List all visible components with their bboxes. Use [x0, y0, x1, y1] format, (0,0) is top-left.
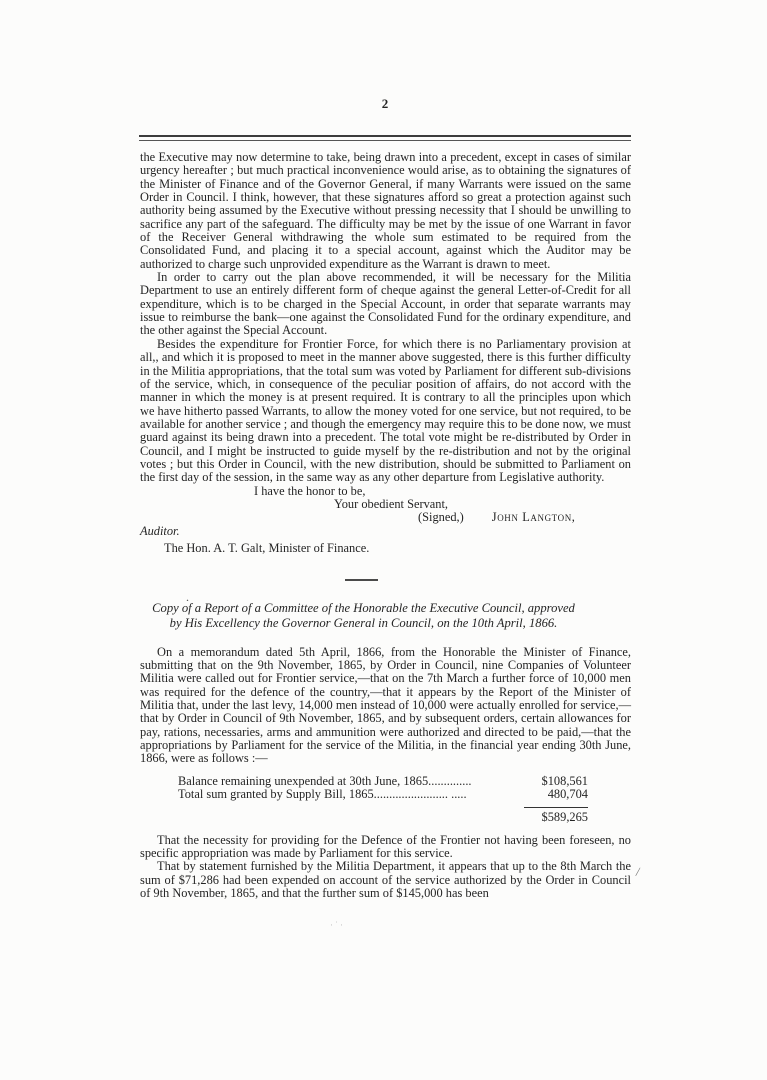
signed-label: (Signed,)	[418, 511, 464, 524]
account-amount: 480,704	[540, 788, 588, 801]
paragraph: In order to carry out the plan above rec…	[140, 271, 631, 338]
accounts-total: $589,265	[178, 811, 588, 824]
accounts-rows: Balance remaining unexpended at 30th Jun…	[178, 775, 588, 802]
section-divider-rule	[345, 579, 378, 581]
paragraph: On a memorandum dated 5th April, 1866, f…	[140, 646, 631, 766]
account-label: Balance remaining unexpended at 30th Jun…	[178, 775, 472, 788]
signature-row: (Signed,) John Langton,	[418, 511, 631, 524]
addressee-line: The Hon. A. T. Galt, Minister of Finance…	[164, 542, 631, 555]
signed-title: Auditor.	[140, 525, 631, 538]
paragraph: Besides the expenditure for Frontier For…	[140, 338, 631, 485]
report-heading: Copy of a Report of a Committee of the H…	[140, 601, 631, 630]
page-number: 2	[140, 96, 631, 112]
letter-closing: I have the honor to be, Your obedient Se…	[140, 485, 631, 556]
report-body-continued: That the necessity for providing for the…	[140, 834, 631, 901]
scan-artifact-pen-tick: /	[635, 864, 641, 880]
report-heading-line1: Copy of a Report of a Committee of the H…	[140, 601, 587, 616]
report-heading-line2: by His Excellency the Governor General i…	[140, 616, 587, 631]
letter-body: the Executive may now determine to take,…	[140, 151, 631, 485]
scanned-document-page: 2 the Executive may now determine to tak…	[0, 0, 767, 1080]
paragraph: That the necessity for providing for the…	[140, 834, 631, 861]
account-label: Total sum granted by Supply Bill, 1865..…	[178, 788, 467, 801]
paragraph: the Executive may now determine to take,…	[140, 151, 631, 271]
scan-artifact-smudge: ·˙·	[330, 920, 345, 930]
closing-servant-line: Your obedient Servant,	[334, 498, 631, 511]
accounts-total-rule	[524, 807, 588, 808]
report-body: On a memorandum dated 5th April, 1866, f…	[140, 646, 631, 766]
document-text-block: the Executive may now determine to take,…	[140, 151, 631, 900]
closing-honor-line: I have the honor to be,	[254, 485, 631, 498]
accounts-table: Balance remaining unexpended at 30th Jun…	[178, 775, 588, 825]
account-row: Balance remaining unexpended at 30th Jun…	[178, 775, 588, 788]
paragraph: That by statement furnished by the Milit…	[140, 860, 631, 900]
account-amount: $108,561	[534, 775, 588, 788]
header-double-rule	[139, 135, 631, 141]
signed-name: John Langton,	[492, 511, 576, 524]
account-row: Total sum granted by Supply Bill, 1865..…	[178, 788, 588, 801]
